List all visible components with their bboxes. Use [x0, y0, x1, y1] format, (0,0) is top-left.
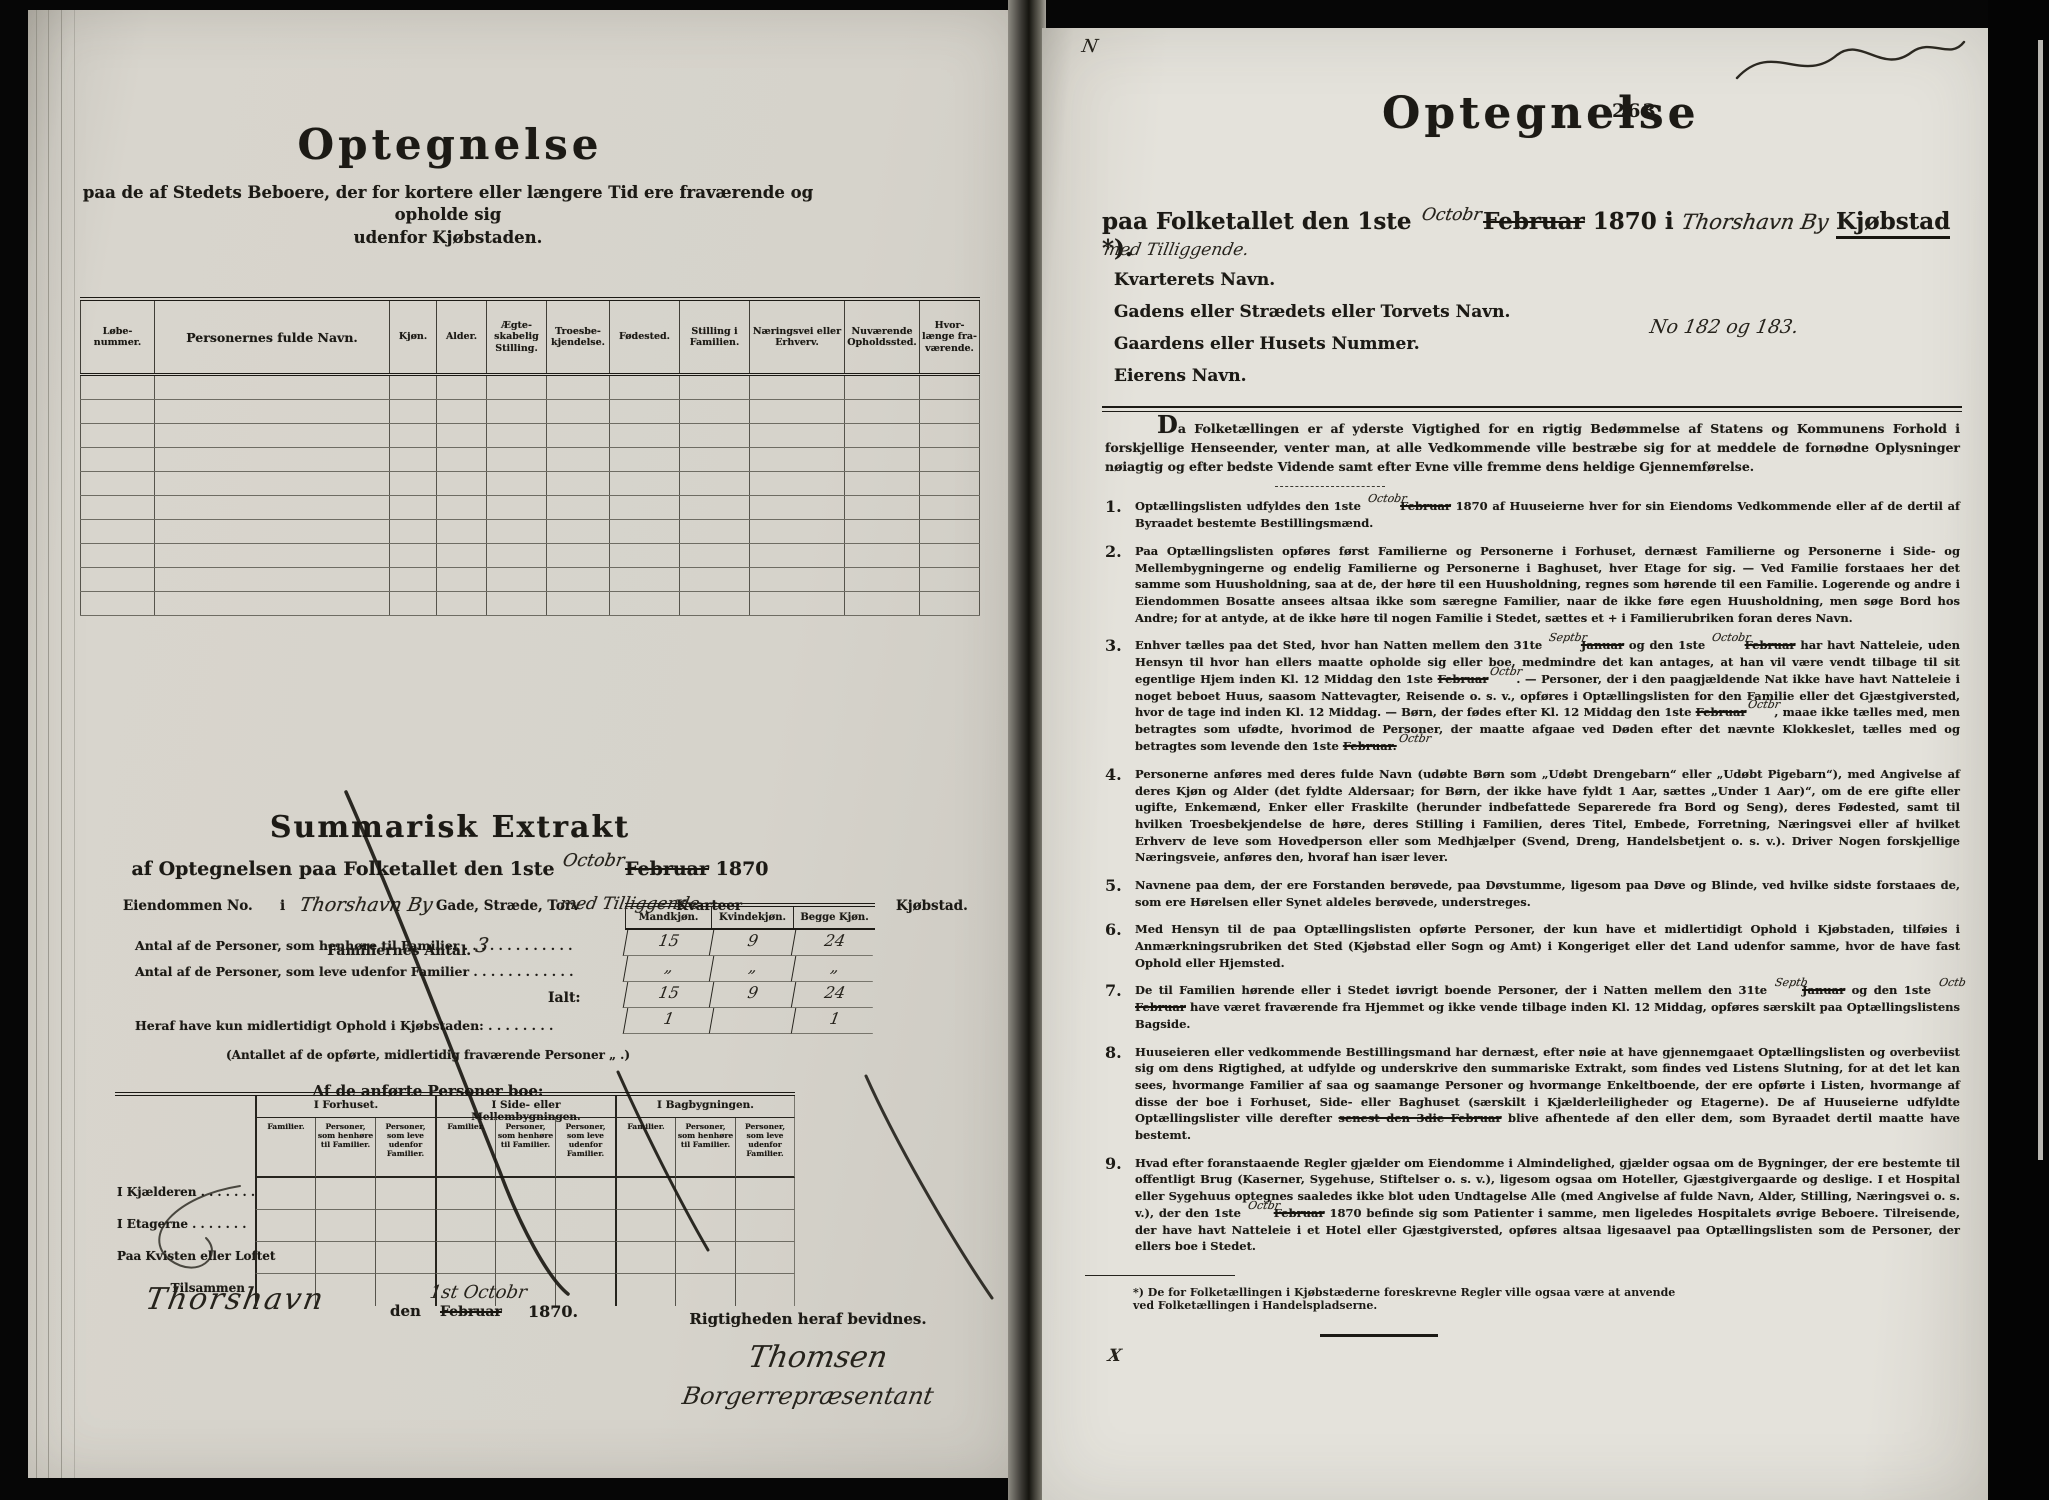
register-empty-cell [750, 376, 845, 399]
page-edge-line [48, 10, 49, 1478]
printed-text: og den 1ste [1845, 983, 1937, 997]
residence-empty-cell [555, 1178, 615, 1210]
value-begge-ialt: 24 [791, 982, 878, 1008]
signature-date-handwritten: 1st Octobr [428, 1282, 528, 1303]
residence-empty-cell [495, 1242, 555, 1274]
handwritten-correction: Septbr [1548, 630, 1589, 646]
summary-row-label-outside: Antal af de Personer, som leve udenfor F… [135, 964, 574, 979]
register-empty-row [80, 424, 980, 448]
register-empty-cell [845, 496, 920, 519]
subtitle-handwritten-month: Octobr [1420, 205, 1483, 225]
struck-word: senest den 3die Februar [1338, 1111, 1501, 1125]
register-empty-cell [80, 400, 155, 423]
register-empty-cell [155, 520, 390, 543]
value-begge-outside: „ [791, 956, 878, 982]
summary-row-label-ialt: Ialt: [548, 990, 581, 1006]
instruction-text: Optællingslisten udfyldes den 1ste Octob… [1135, 498, 1960, 532]
instruction-text: Personerne anføres med deres fulde Navn … [1135, 766, 1960, 866]
register-empty-cell [80, 568, 155, 591]
instruction-text: Enhver tælles paa det Sted, hvor han Nat… [1135, 637, 1960, 755]
residence-row-label: Paa Kvisten eller Loftet [115, 1242, 255, 1274]
footnote-text: *) De for Folketællingen i Kjøbstæderne … [1133, 1286, 1693, 1312]
register-empty-cell [547, 568, 610, 591]
register-empty-cell [487, 448, 547, 471]
residence-empty-cell [555, 1210, 615, 1242]
instruction-number: 9. [1105, 1154, 1122, 1173]
register-empty-cell [390, 520, 437, 543]
residence-empty-cell [375, 1242, 435, 1274]
instruction-text: Med Hensyn til de paa Optællingslisten o… [1135, 921, 1960, 971]
residence-empty-cell [375, 1178, 435, 1210]
register-empty-cell [610, 424, 680, 447]
register-empty-cell [610, 520, 680, 543]
signature-date-struck-month: Februar [440, 1304, 502, 1320]
register-empty-cell [487, 376, 547, 399]
struck-word: Februar [1135, 1000, 1186, 1014]
totals-row-families: 15 9 24 [625, 930, 875, 956]
register-empty-cell [920, 544, 980, 567]
register-empty-cell [920, 448, 980, 471]
register-empty-cell [547, 592, 610, 615]
register-empty-cell [487, 544, 547, 567]
residence-empty-cell [735, 1274, 795, 1306]
residence-empty-cell [675, 1274, 735, 1306]
value-mand-outside: „ [623, 956, 714, 982]
register-empty-cell [155, 496, 390, 519]
residence-empty-cell [375, 1210, 435, 1242]
register-empty-cell [487, 424, 547, 447]
register-empty-cell [80, 448, 155, 471]
register-empty-cell [845, 568, 920, 591]
subtitle-struck-month: Februar [1483, 208, 1585, 235]
struck-word: Februar [1400, 499, 1451, 513]
subtitle-year: 1870 i [1593, 208, 1674, 235]
register-empty-cell [845, 448, 920, 471]
signature-year: 1870. [528, 1302, 578, 1321]
register-empty-cell [680, 448, 750, 471]
register-empty-cell [920, 592, 980, 615]
residence-empty-cell [615, 1274, 675, 1306]
col-header-opholdssted: Nuværende Opholdssted. [845, 301, 920, 373]
residence-row-label: I Etagerne . . . . . . . [115, 1210, 255, 1242]
property-town-handwritten: Thorshavn By [298, 894, 434, 916]
totals-table: Mandkjøn. Kvindekjøn. Begge Kjøn. 15 9 2… [625, 903, 875, 1034]
house-number-handwritten: No 182 og 183. [1648, 316, 1800, 338]
col-header-navn: Personernes fulde Navn. [155, 301, 390, 373]
field-eierens-navn: Eierens Navn. [1114, 366, 1247, 386]
summary-dateline-struck-month: Februar [625, 858, 709, 880]
instruction-text: Hvad efter foranstaaende Regler gjælder … [1135, 1155, 1960, 1255]
subcol-familier-1: Familier. [255, 1118, 315, 1178]
group-header-forhuset: I Forhuset. [255, 1096, 435, 1118]
right-page: N 263 Optegnelse paa Folketallet den 1st… [1042, 28, 1988, 1500]
intro-initial-cap: D [1157, 410, 1178, 439]
handwritten-correction: Octobr [1711, 630, 1752, 646]
instruction-number: 2. [1105, 542, 1122, 561]
instruction-text: Navnene paa dem, der ere Forstanden berø… [1135, 877, 1960, 910]
register-empty-cell [920, 568, 980, 591]
instruction-number: 4. [1105, 765, 1122, 784]
register-empty-cell [155, 472, 390, 495]
instruction-text: Huuseieren eller vedkommende Bestillings… [1135, 1044, 1960, 1144]
residence-empty-cell [555, 1242, 615, 1274]
summary-dateline-year: 1870 [716, 858, 769, 880]
residence-empty-cell [315, 1242, 375, 1274]
register-empty-cell [920, 400, 980, 423]
instruction-item: 7.De til Familien hørende eller i Stedet… [1135, 982, 1960, 1032]
register-empty-cell [390, 472, 437, 495]
group-header-mellembygningen: I Side- eller Mellembygningen. [435, 1096, 615, 1118]
register-empty-cell [155, 376, 390, 399]
instruction-number: 1. [1105, 497, 1122, 516]
register-empty-cell [750, 568, 845, 591]
register-empty-cell [547, 400, 610, 423]
register-empty-cell [680, 424, 750, 447]
subcol-familier-2: Familier. [435, 1118, 495, 1178]
instructions-list: 1.Optællingslisten udfyldes den 1ste Oct… [1105, 498, 1960, 1255]
subtitle-line2: udenfor Kjøbstaden. [354, 228, 543, 247]
totals-row-ialt: 15 9 24 [625, 982, 875, 1008]
value-kvinde-families: 9 [709, 930, 796, 956]
register-empty-cell [920, 520, 980, 543]
register-empty-cell [390, 400, 437, 423]
value-mand-ialt: 15 [623, 982, 714, 1008]
register-empty-cell [390, 496, 437, 519]
register-empty-cell [80, 424, 155, 447]
register-empty-cell [610, 400, 680, 423]
register-empty-cell [155, 544, 390, 567]
col-header-hvorlaenge: Hvor-længe fra-værende. [920, 301, 980, 373]
register-empty-cell [610, 376, 680, 399]
register-empty-cell [80, 376, 155, 399]
instruction-number: 7. [1105, 981, 1122, 1000]
page-edge-line [36, 10, 37, 1478]
register-empty-cell [547, 448, 610, 471]
left-page-subtitle: paa de af Stedets Beboere, der for korte… [68, 182, 828, 249]
register-empty-row [80, 520, 980, 544]
attestation-label: Rigtigheden heraf bevidnes. [628, 1310, 988, 1328]
residence-empty-cell [255, 1210, 315, 1242]
register-empty-cell [680, 376, 750, 399]
register-empty-cell [437, 592, 487, 615]
register-empty-cell [437, 376, 487, 399]
struck-word: Januar [1581, 638, 1624, 652]
col-header-mandkjon: Mandkjøn. [625, 907, 711, 928]
book-binding-gutter [1008, 0, 1046, 1500]
totals-table-header: Mandkjøn. Kvindekjøn. Begge Kjøn. [625, 903, 875, 930]
register-empty-cell [750, 520, 845, 543]
register-empty-cell [80, 592, 155, 615]
intro-divider [1275, 486, 1385, 487]
register-empty-cell [680, 496, 750, 519]
residence-empty-cell [615, 1178, 675, 1210]
totals-row-temporary: 1 1 [625, 1008, 875, 1034]
residence-empty-cell [675, 1178, 735, 1210]
register-empty-cell [487, 520, 547, 543]
col-header-kvindekjon: Kvindekjøn. [711, 907, 793, 928]
register-empty-cell [547, 544, 610, 567]
handwritten-correction: Octobr [1366, 491, 1407, 507]
register-empty-cell [920, 376, 980, 399]
residence-table: I Forhuset. I Side- eller Mellembygninge… [115, 1092, 795, 1306]
register-empty-row [80, 448, 980, 472]
instruction-text: De til Familien hørende eller i Stedet i… [1135, 982, 1960, 1032]
value-kvinde-temporary [709, 1008, 796, 1034]
register-empty-cell [390, 424, 437, 447]
register-empty-cell [610, 472, 680, 495]
summary-heading: Summarisk Extrakt [85, 810, 815, 845]
register-empty-cell [155, 448, 390, 471]
register-empty-cell [680, 568, 750, 591]
residence-corner-cell [115, 1096, 255, 1178]
subtitle-prefix: paa Folketallet den 1ste [1102, 208, 1412, 235]
register-empty-cell [610, 592, 680, 615]
register-empty-cell [487, 496, 547, 519]
residence-empty-cell [315, 1178, 375, 1210]
col-header-troesbekjendelse: Troesbe-kjendelse. [547, 301, 610, 373]
value-kvinde-outside: „ [709, 956, 796, 982]
page-edge-line [61, 10, 62, 1478]
printed-text: Med Hensyn til de paa Optællingslisten o… [1135, 922, 1960, 969]
value-begge-families: 24 [791, 930, 878, 956]
col-header-lobenummer: Løbe-nummer. [80, 301, 155, 373]
field-husets-nummer: Gaardens eller Husets Nummer. [1114, 334, 1420, 354]
register-empty-cell [750, 544, 845, 567]
instruction-item: 3.Enhver tælles paa det Sted, hvor han N… [1135, 637, 1960, 755]
register-empty-row [80, 376, 980, 400]
col-header-fodested: Fødested. [610, 301, 680, 373]
residence-empty-cell [315, 1210, 375, 1242]
register-empty-cell [437, 544, 487, 567]
register-empty-cell [547, 376, 610, 399]
subtitle-town-handwritten: Thorshavn By [1679, 210, 1830, 234]
residence-empty-cell [255, 1242, 315, 1274]
subtitle-kjobstad-underlined: Kjøbstad [1836, 208, 1950, 239]
instruction-item: 6.Med Hensyn til de paa Optællingslisten… [1135, 921, 1960, 971]
residence-row-label: I Kjælderen . . . . . . . [115, 1178, 255, 1210]
register-empty-cell [155, 400, 390, 423]
handwritten-correction: Septb [1774, 975, 1809, 991]
signature-name-handwritten: Thomsen [685, 1340, 951, 1375]
register-empty-cell [845, 592, 920, 615]
register-empty-cell [680, 400, 750, 423]
col-header-aegteskabelig: Ægte-skabelig Stilling. [487, 301, 547, 373]
printed-text: Optællingslisten udfyldes den 1ste [1135, 499, 1366, 513]
register-empty-cell [437, 400, 487, 423]
register-empty-cell [547, 424, 610, 447]
register-empty-cell [487, 472, 547, 495]
register-empty-cell [487, 400, 547, 423]
register-empty-cell [390, 544, 437, 567]
register-empty-cell [845, 424, 920, 447]
summary-dateline-prefix: af Optegnelsen paa Folketallet den 1ste [131, 858, 554, 880]
footnote-rule [1085, 1275, 1235, 1276]
struck-word: Februar [1274, 1206, 1325, 1220]
struck-word: Februar [1696, 705, 1747, 719]
register-empty-cell [390, 448, 437, 471]
tilliggende-handwritten: med Tilliggende. [1102, 240, 1250, 260]
register-empty-cell [750, 400, 845, 423]
residence-empty-cell [435, 1178, 495, 1210]
register-empty-cell [680, 472, 750, 495]
signature-place-handwritten: Thorshavn [143, 1282, 328, 1317]
register-empty-cell [680, 544, 750, 567]
intro-text: a Folketællingen er af yderste Vigtighed… [1105, 421, 1960, 474]
left-page: Optegnelse paa de af Stedets Beboere, de… [28, 10, 1013, 1478]
register-empty-cell [845, 520, 920, 543]
signature-den-label: den [390, 1302, 421, 1320]
totals-row-outside: „ „ „ [625, 956, 875, 982]
register-empty-cell [680, 592, 750, 615]
register-empty-cell [155, 568, 390, 591]
subcol-henhore-3: Personer, som henhøre til Familier. [675, 1118, 735, 1178]
register-empty-cell [610, 544, 680, 567]
subtitle-line1: paa de af Stedets Beboere, der for korte… [83, 183, 813, 224]
instruction-item: 9.Hvad efter foranstaaende Regler gjælde… [1135, 1155, 1960, 1255]
register-empty-row [80, 400, 980, 424]
subcol-udenfor-1: Personer, som leve udenfor Familier. [375, 1118, 435, 1178]
printed-text: De til Familien hørende eller i Stedet i… [1135, 983, 1773, 997]
handwritten-correction: Octb [1938, 975, 1967, 991]
register-empty-cell [80, 496, 155, 519]
register-empty-cell [487, 592, 547, 615]
register-empty-cell [390, 568, 437, 591]
register-empty-cell [547, 472, 610, 495]
register-empty-cell [750, 496, 845, 519]
register-empty-cell [437, 496, 487, 519]
value-mand-families: 15 [623, 930, 714, 956]
residence-empty-cell [495, 1178, 555, 1210]
register-empty-cell [610, 568, 680, 591]
instruction-number: 5. [1105, 876, 1122, 895]
register-empty-cell [920, 472, 980, 495]
register-empty-cell [750, 592, 845, 615]
register-empty-cell [437, 568, 487, 591]
handwritten-x-mark: X [1106, 1346, 1123, 1366]
register-table-header: Løbe-nummer. Personernes fulde Navn. Kjø… [80, 301, 980, 376]
register-empty-row [80, 544, 980, 568]
register-empty-row [80, 496, 980, 520]
handwritten-correction: Octbr [1747, 697, 1782, 713]
printed-text: Navnene paa dem, der ere Forstanden berø… [1135, 878, 1960, 909]
residence-empty-cell [435, 1210, 495, 1242]
summary-dateline: af Optegnelsen paa Folketallet den 1ste … [85, 858, 815, 880]
register-empty-cell [437, 472, 487, 495]
instruction-item: 4.Personerne anføres med deres fulde Nav… [1135, 766, 1960, 866]
col-header-beggekjon: Begge Kjøn. [793, 907, 875, 928]
instruction-item: 5.Navnene paa dem, der ere Forstanden be… [1135, 877, 1960, 910]
struck-word: Februar [1438, 672, 1489, 686]
residence-empty-cell [675, 1242, 735, 1274]
register-empty-row [80, 472, 980, 496]
printed-text: Enhver tælles paa det Sted, hvor han Nat… [1135, 638, 1547, 652]
property-i-label: i [280, 898, 285, 914]
register-empty-cell [547, 496, 610, 519]
col-header-alder: Alder. [437, 301, 487, 373]
register-empty-cell [437, 448, 487, 471]
instructions-column: Da Folketællingen er af yderste Vigtighe… [1105, 420, 1960, 1337]
register-empty-cell [155, 592, 390, 615]
printed-text: Personerne anføres med deres fulde Navn … [1135, 767, 1960, 864]
intro-paragraph: Da Folketællingen er af yderste Vigtighe… [1105, 420, 1960, 476]
right-page-title: Optegnelse [1042, 88, 1988, 139]
field-kvarterets-navn: Kvarterets Navn. [1114, 270, 1275, 290]
register-empty-cell [610, 448, 680, 471]
printed-text: Paa Optællingslisten opføres først Famil… [1135, 544, 1960, 625]
instruction-item: 1.Optællingslisten udfyldes den 1ste Oct… [1135, 498, 1960, 532]
page-edge-sliver [2038, 40, 2043, 1160]
summary-note: (Antallet af de opførte, midlertidig fra… [148, 1048, 708, 1062]
register-empty-cell [390, 376, 437, 399]
value-begge-temporary: 1 [791, 1008, 878, 1034]
register-empty-cell [437, 520, 487, 543]
residence-empty-cell [735, 1210, 795, 1242]
group-header-bagbygningen: I Bagbygningen. [615, 1096, 795, 1118]
register-empty-cell [680, 520, 750, 543]
property-kjobstad-label: Kjøbstad. [896, 898, 968, 914]
field-gadens-navn: Gadens eller Strædets eller Torvets Navn… [1114, 302, 1510, 322]
register-empty-cell [845, 544, 920, 567]
subcol-henhore-2: Personer, som henhøre til Familier. [495, 1118, 555, 1178]
left-page-title: Optegnelse [85, 120, 815, 169]
register-empty-cell [845, 400, 920, 423]
residence-empty-cell [615, 1210, 675, 1242]
scanned-census-document: Optegnelse paa de af Stedets Beboere, de… [0, 0, 2049, 1500]
register-empty-cell [155, 424, 390, 447]
subcol-udenfor-2: Personer, som leve udenfor Familier. [555, 1118, 615, 1178]
residence-empty-cell [675, 1210, 735, 1242]
register-empty-cell [547, 520, 610, 543]
instruction-item: 8.Huuseieren eller vedkommende Bestillin… [1135, 1044, 1960, 1144]
absence-register-table: Løbe-nummer. Personernes fulde Navn. Kjø… [80, 297, 980, 616]
register-empty-cell [920, 424, 980, 447]
summary-row-label-temporary: Heraf have kun midlertidigt Ophold i Kjø… [135, 1018, 553, 1033]
instruction-number: 3. [1105, 636, 1122, 655]
handwritten-corner-mark: N [1080, 36, 1099, 57]
register-empty-cell [80, 472, 155, 495]
residence-empty-cell [435, 1242, 495, 1274]
summary-row-label-families: Antal af de Personer, som henhøre til Fa… [135, 938, 573, 953]
col-header-stilling: Stilling i Familien. [680, 301, 750, 373]
residence-empty-cell [495, 1210, 555, 1242]
struck-word: Februar. [1343, 739, 1397, 753]
residence-empty-cell [615, 1242, 675, 1274]
printed-text: og den 1ste [1624, 638, 1710, 652]
register-empty-cell [80, 520, 155, 543]
value-kvinde-ialt: 9 [709, 982, 796, 1008]
property-eiendommen-label: Eiendommen No. [123, 898, 253, 914]
section-divider-rule [1102, 406, 1962, 412]
instruction-item: 2.Paa Optællingslisten opføres først Fam… [1135, 543, 1960, 626]
value-mand-temporary: 1 [623, 1008, 714, 1034]
register-empty-cell [487, 568, 547, 591]
handwritten-correction: Octbr [1397, 731, 1432, 747]
subcol-henhore-1: Personer, som henhøre til Familier. [315, 1118, 375, 1178]
printed-text: have været fraværende fra Hjemmet og ikk… [1135, 1000, 1960, 1031]
register-empty-cell [610, 496, 680, 519]
struck-word: Februar [1745, 638, 1796, 652]
subcol-familier-3: Familier. [615, 1118, 675, 1178]
register-table-body [80, 376, 980, 616]
residence-empty-cell [735, 1242, 795, 1274]
register-empty-cell [390, 592, 437, 615]
handwritten-correction: Octbr [1489, 664, 1524, 680]
register-empty-cell [80, 544, 155, 567]
subcol-udenfor-3: Personer, som leve udenfor Familier. [735, 1118, 795, 1178]
register-empty-row [80, 592, 980, 616]
signature-role-handwritten: Borgerrepræsentant [616, 1382, 1001, 1410]
end-rule [1320, 1334, 1438, 1337]
